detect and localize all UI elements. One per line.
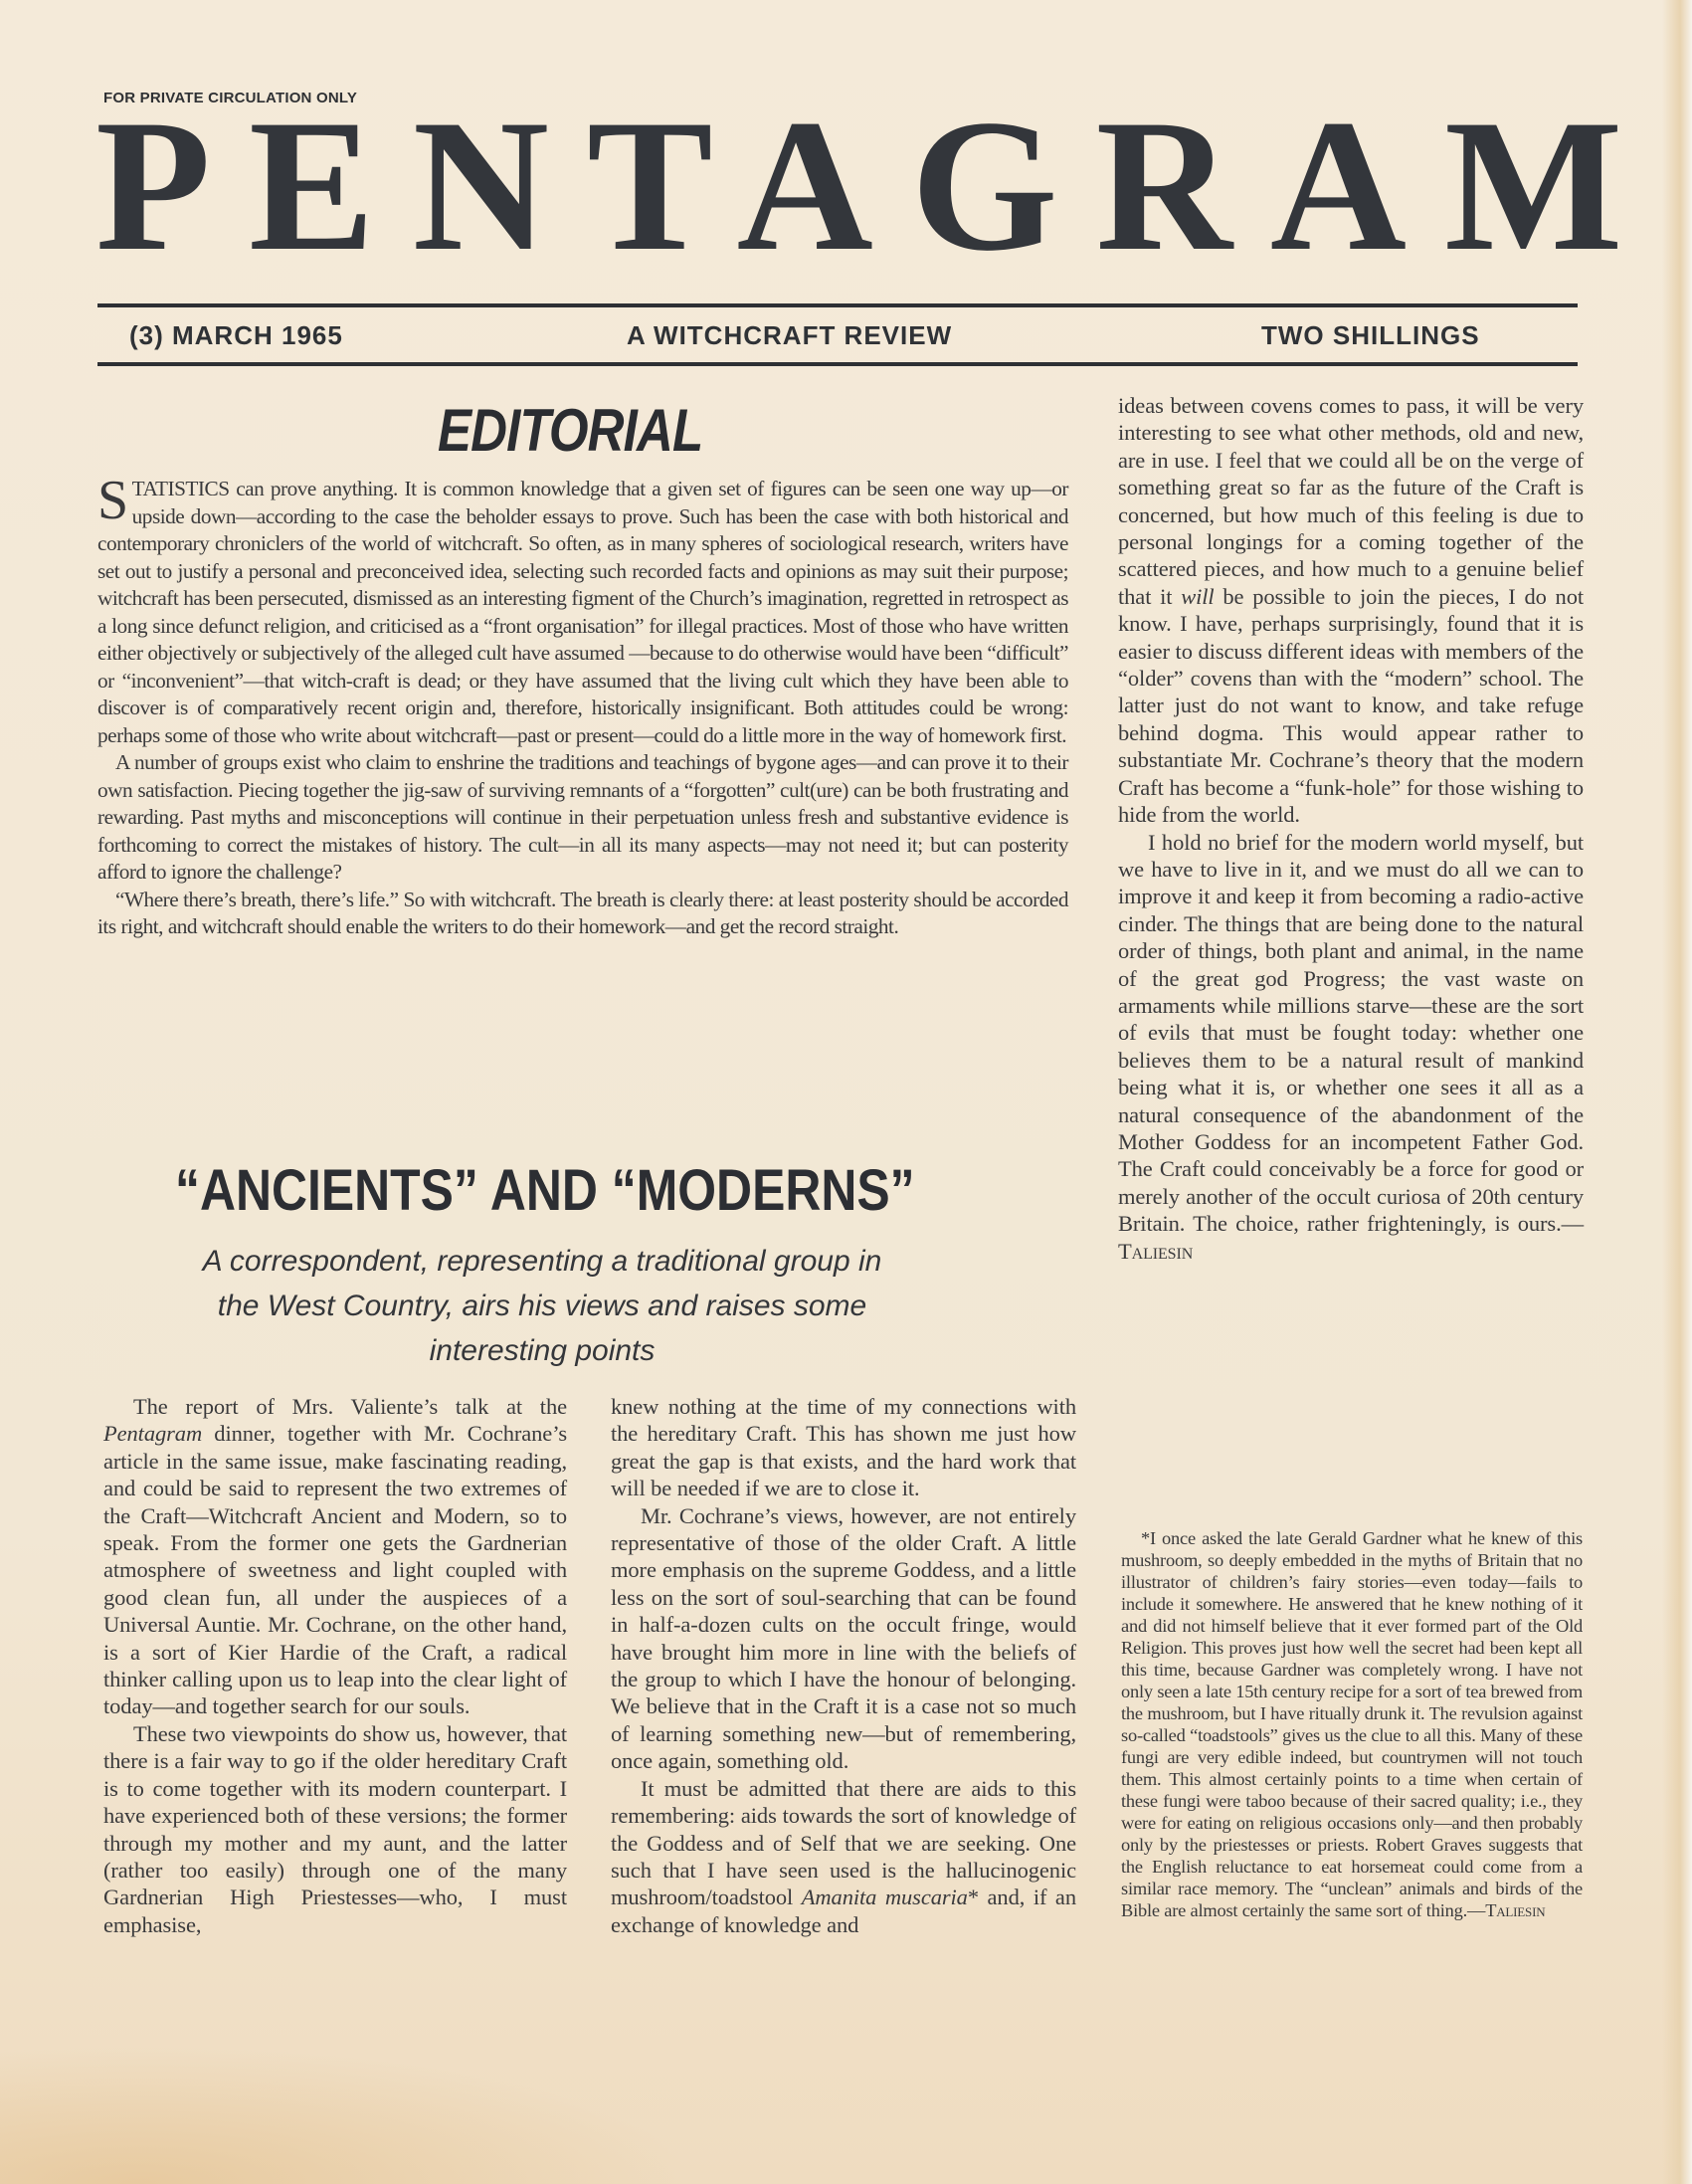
newsletter-page: FOR PRIVATE CIRCULATION ONLY PENTAGRAM (…	[0, 0, 1692, 2184]
article-paragraph: It must be admitted that there are aids …	[611, 1775, 1076, 1938]
species-name: Amanita muscaria	[802, 1885, 968, 1909]
footnote-signature: Taliesin	[1485, 1900, 1545, 1920]
article-paragraph: ideas between covens comes to pass, it w…	[1118, 392, 1584, 829]
editorial-heading: EDITORIAL	[438, 396, 702, 465]
drop-cap: S	[97, 478, 128, 523]
editorial-body: STATISTICS can prove anything. It is com…	[97, 476, 1068, 941]
article-paragraph: The report of Mrs. Valiente’s talk at th…	[103, 1393, 567, 1720]
footnote-text: *I once asked the late Gerald Gardner wh…	[1121, 1527, 1583, 1921]
masthead-rule-top	[97, 303, 1578, 307]
article-column-3: ideas between covens comes to pass, it w…	[1118, 392, 1584, 1265]
footnote: *I once asked the late Gerald Gardner wh…	[1121, 1527, 1583, 1921]
article-paragraph: I hold no brief for the modern world mys…	[1118, 829, 1584, 1266]
paper-edge	[1662, 0, 1692, 2184]
publication-subtitle: A WITCHCRAFT REVIEW	[627, 320, 952, 351]
masthead-title: PENTAGRAM	[95, 99, 1588, 274]
editorial-paragraph: STATISTICS can prove anything. It is com…	[97, 476, 1068, 749]
article-column-2: knew nothing at the time of my connectio…	[611, 1393, 1076, 1938]
publication-name: Pentagram	[103, 1421, 202, 1446]
issue-price: TWO SHILLINGS	[1261, 320, 1480, 351]
emphasis: will	[1181, 584, 1214, 609]
paper-stain	[0, 2045, 696, 2184]
author-signature: Taliesin	[1118, 1239, 1193, 1264]
masthead-rule-bottom	[97, 362, 1578, 366]
article-paragraph: These two viewpoints do show us, however…	[103, 1720, 567, 1938]
issue-date: (3) MARCH 1965	[129, 320, 343, 351]
article-headline: “ANCIENTS” AND “MODERNS”	[175, 1157, 915, 1224]
article-standfirst: A correspondent, representing a traditio…	[199, 1239, 885, 1373]
editorial-paragraph: “Where there’s breath, there’s life.” So…	[97, 887, 1068, 941]
issue-info-bar: (3) MARCH 1965 A WITCHCRAFT REVIEW TWO S…	[97, 316, 1578, 356]
article-paragraph: Mr. Cochrane’s views, however, are not e…	[611, 1502, 1076, 1775]
editorial-paragraph: A number of groups exist who claim to en…	[97, 749, 1068, 887]
article-column-1: The report of Mrs. Valiente’s talk at th…	[103, 1393, 567, 1938]
article-paragraph: knew nothing at the time of my connectio…	[611, 1393, 1076, 1502]
